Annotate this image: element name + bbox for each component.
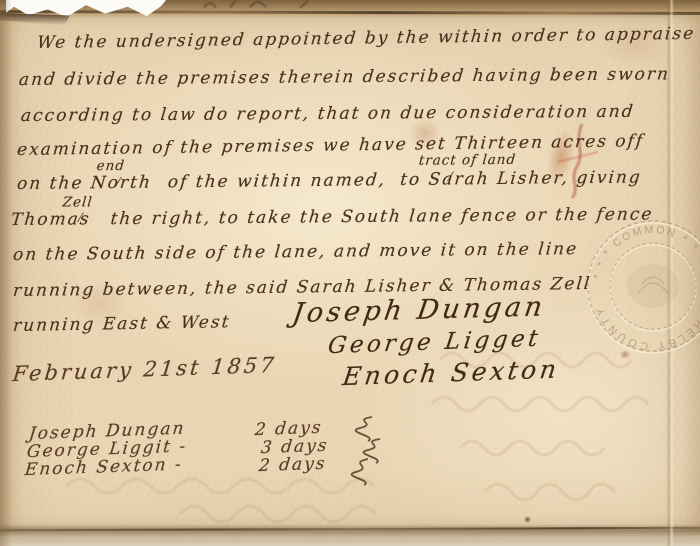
tally-brace: [342, 458, 376, 486]
insertion-zell: Zell: [62, 194, 94, 210]
body-line-5-seg3: to Sarah Lisher, giving: [399, 167, 642, 190]
embossed-county-seal: * * * COMMON * * * SHELBY COUNTY: [578, 206, 700, 366]
insertion-tract-of-land: tract of land: [418, 152, 517, 169]
body-line-5-seg2: of the within named,: [167, 170, 387, 192]
insertion-end: end: [96, 158, 126, 174]
left-paper-edge: [0, 0, 12, 546]
body-line-9: running East & West: [12, 312, 231, 336]
body-line-3: according to law do report, that on due …: [20, 102, 636, 126]
scanned-document: * * * COMMON * * * SHELBY COUNTY We the …: [0, 0, 700, 546]
tally-days-3: 2 days: [258, 454, 328, 476]
body-line-5-seg1: on the North: [16, 173, 153, 194]
